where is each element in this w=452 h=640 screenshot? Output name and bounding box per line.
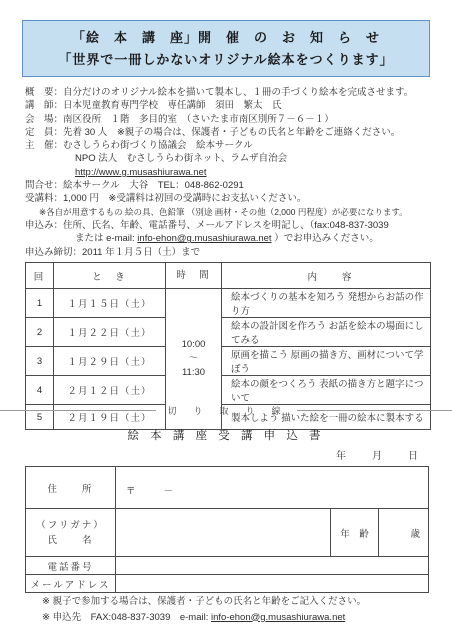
phone-row: 電話番号 (26, 557, 429, 575)
info-contact: 問合せ：絵本サークル 大谷 TEL：048-862-0291 (25, 179, 435, 192)
header-session-no: 回 (26, 263, 54, 289)
info-deadline: 申込み締切：2011 年１月５日（土）まで (25, 246, 435, 259)
notice-subtitle: 「世界で一冊しかないオリジナル絵本をつくります」 (23, 49, 429, 71)
session-content: 絵本づくりの基本を知ろう 発想からお話の作り方 (222, 289, 431, 318)
name-label: 氏 名 (26, 533, 115, 548)
info-capacity: 定 員：先着 30 人 ※親子の場合は、保護者・子どもの氏名と年齢をご連絡くださ… (25, 126, 435, 139)
footer-note-2-text: ※ 申込先 FAX:048-837-3039 e-mail: (42, 612, 211, 623)
table-row: 3 １月２９日（土） 原画を描こう 原画の描き方、画材について学ぼう (26, 347, 431, 376)
website-link-row: http://www.g.musashiurawa.net (25, 166, 435, 179)
time-start: 10:00 (166, 338, 221, 352)
info-venue: 会 場：南区役所 １階 多目的室 （さいたま市南区別所７－６－１） (25, 113, 435, 126)
apply-email-suffix: ）でお申込みください。 (272, 233, 379, 244)
info-overview: 概 要：自分だけのオリジナル絵本を描いて製本し、１冊の手づくり絵本を完成させます… (25, 86, 435, 99)
table-row: 1 １月１５日（土） 10:00 ～ 11:30 絵本づくりの基本を知ろう 発想… (26, 289, 431, 318)
session-no: 4 (26, 376, 54, 405)
application-date-label: 年 月 日 (0, 447, 420, 462)
session-content: 原画を描こう 原画の描き方、画材について学ぼう (222, 347, 431, 376)
address-label: 住 所 (26, 467, 116, 509)
session-no: 2 (26, 318, 54, 347)
age-label: 年 齢 (331, 509, 379, 557)
cut-line-label: 切 り 取 り 線 (156, 404, 297, 417)
age-unit-cell: 歳 (379, 509, 429, 557)
application-form-table: 住 所 〒 － （フリガナ） 氏 名 年 齢 歳 電話番号 メールアドレス (25, 466, 429, 593)
header-date: と き (54, 263, 166, 289)
table-row: 4 ２月１２日（土） 絵本の顔をつくろう 表紙の描き方と題字について (26, 376, 431, 405)
info-apply-line2: または e-mail: info-ehon@g.musashiurawa.net… (25, 232, 435, 245)
email-label: メールアドレス (26, 575, 116, 593)
info-fee-note: ※各自が用意するもの 絵の具、色鉛筆 （別途 画材・その他（2,000 円程度）… (25, 206, 435, 219)
schedule-header-row: 回 と き 時 間 内 容 (26, 263, 431, 289)
time-tilde: ～ (166, 352, 221, 366)
session-date: １月２９日（土） (54, 347, 166, 376)
age-unit: 歳 (410, 529, 420, 540)
phone-field (116, 557, 429, 575)
address-row: 住 所 〒 － (26, 467, 429, 509)
notice-title: 「絵 本 講 座」開 催 の お 知 ら せ (23, 27, 429, 49)
footer-note-2: ※ 申込先 FAX:048-837-3039 e-mail: info-ehon… (42, 610, 366, 626)
apply-email-link[interactable]: info-ehon@g.musashiurawa.net (137, 233, 271, 244)
title-banner: 「絵 本 講 座」開 催 の お 知 ら せ 「世界で一冊しかないオリジナル絵本… (22, 20, 430, 77)
application-form-title: 絵 本 講 座 受 講 申 込 書 (0, 427, 452, 443)
apply-email-prefix: または e-mail: (75, 233, 137, 244)
session-no: 3 (26, 347, 54, 376)
info-organizer: 主 催：むさしうらわ街づくり協議会 絵本サークル (25, 139, 435, 152)
footer-notes: ※ 親子で参加する場合は、保護者・子どもの氏名と年齢をご記入ください。 ※ 申込… (42, 594, 366, 625)
table-row: 2 １月２２日（土） 絵本の設計図を作ろう お話を絵本の場面にしてみる (26, 318, 431, 347)
footer-email-link[interactable]: info-ehon@g.musashiurawa.net (211, 612, 345, 623)
session-date: １月２２日（土） (54, 318, 166, 347)
time-end: 11:30 (166, 366, 221, 380)
name-field (116, 509, 331, 557)
name-row: （フリガナ） 氏 名 年 齢 歳 (26, 509, 429, 557)
phone-label: 電話番号 (26, 557, 116, 575)
header-time: 時 間 (166, 263, 222, 289)
email-row: メールアドレス (26, 575, 429, 593)
session-no: 1 (26, 289, 54, 318)
header-content: 内 容 (222, 263, 431, 289)
info-lecturer: 講 師：日本児童教育専門学校 専任講師 須田 繁太 氏 (25, 99, 435, 112)
website-link[interactable]: http://www.g.musashiurawa.net (75, 167, 206, 178)
session-content: 絵本の顔をつくろう 表紙の描き方と題字について (222, 376, 431, 405)
course-info-block: 概 要：自分だけのオリジナル絵本を描いて製本し、１冊の手づくり絵本を完成させます… (25, 86, 435, 259)
furigana-label: （フリガナ） (26, 518, 115, 533)
cut-line: 切 り 取 り 線 (0, 404, 452, 417)
postal-mark: 〒 － (126, 486, 176, 497)
email-field (116, 575, 429, 593)
info-fee: 受講料：1,000 円 ※受講料は初回の受講時にお支払いください。 (25, 192, 435, 205)
name-label-cell: （フリガナ） 氏 名 (26, 509, 116, 557)
info-apply-line1: 申込み：住所、氏名、年齢、電話番号、メールアドレスを明記し、（fax:048-8… (25, 219, 435, 232)
address-field: 〒 － (116, 467, 429, 509)
session-date: ２月１２日（土） (54, 376, 166, 405)
info-organizer-2: NPO 法人 むさしうらわ街ネット、ラムザ自治会 (25, 152, 435, 165)
cut-line-dash-right (297, 410, 452, 411)
session-date: １月１５日（土） (54, 289, 166, 318)
cut-line-dash-left (0, 410, 156, 411)
flyer-page: 「絵 本 講 座」開 催 の お 知 ら せ 「世界で一冊しかないオリジナル絵本… (0, 0, 452, 640)
session-content: 絵本の設計図を作ろう お話を絵本の場面にしてみる (222, 318, 431, 347)
footer-note-1: ※ 親子で参加する場合は、保護者・子どもの氏名と年齢をご記入ください。 (42, 594, 366, 610)
